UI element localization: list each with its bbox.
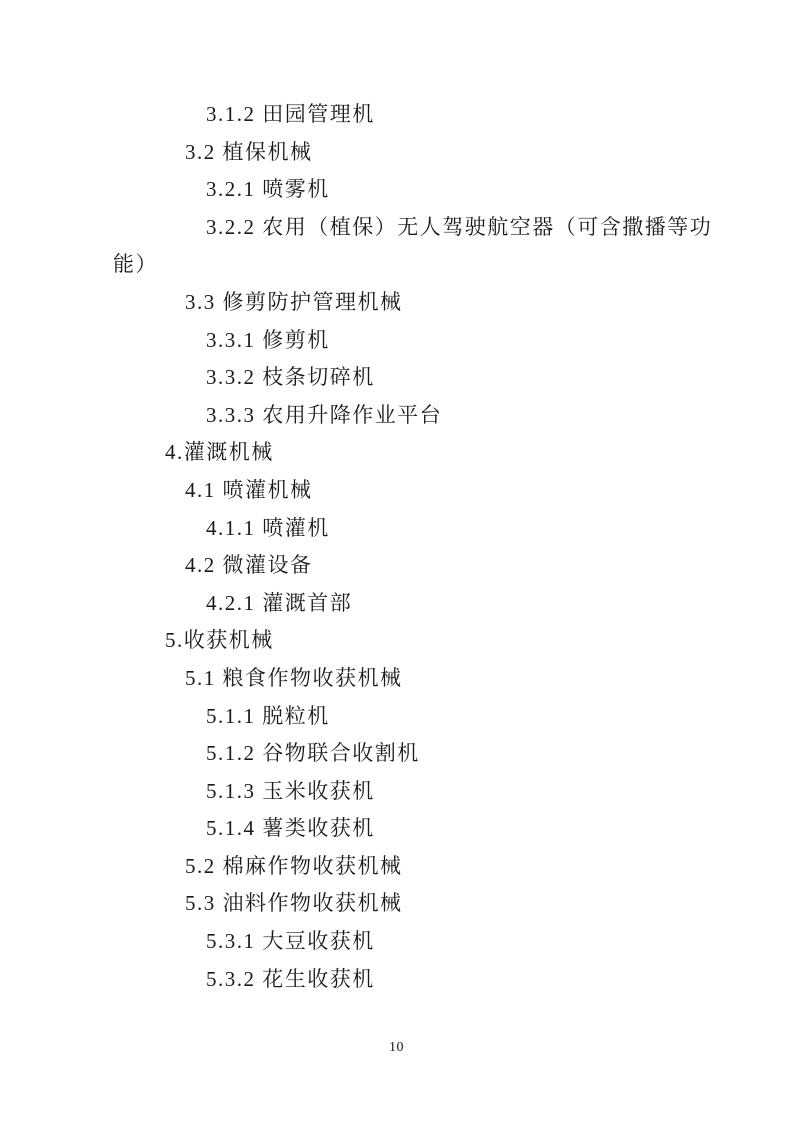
- document-line: 5.2 棉麻作物收获机械: [113, 848, 683, 886]
- document-line: 5.1.3 玉米收获机: [113, 773, 683, 811]
- document-line: 5.1 粮食作物收获机械: [113, 660, 683, 698]
- document-line: 4.2.1 灌溉首部: [113, 585, 683, 623]
- document-line: 5.收获机械: [113, 622, 683, 660]
- document-line: 5.1.1 脱粒机: [113, 698, 683, 736]
- document-line: 3.3.2 枝条切碎机: [113, 359, 683, 397]
- document-line: 能）: [113, 246, 683, 284]
- document-line: 4.1 喷灌机械: [113, 472, 683, 510]
- document-line: 5.3.1 大豆收获机: [113, 923, 683, 961]
- document-line: 3.3 修剪防护管理机械: [113, 284, 683, 322]
- document-line: 5.3.2 花生收获机: [113, 961, 683, 999]
- document-line: 3.2.1 喷雾机: [113, 171, 683, 209]
- document-line: 5.3 油料作物收获机械: [113, 885, 683, 923]
- document-line: 3.2 植保机械: [113, 134, 683, 172]
- document-line: 3.2.2 农用（植保）无人驾驶航空器（可含撒播等功: [113, 209, 683, 247]
- document-line: 4.1.1 喷灌机: [113, 510, 683, 548]
- page-number: 10: [0, 1040, 793, 1056]
- document-body: 3.1.2 田园管理机3.2 植保机械3.2.1 喷雾机3.2.2 农用（植保）…: [113, 96, 683, 998]
- document-page: 3.1.2 田园管理机3.2 植保机械3.2.1 喷雾机3.2.2 农用（植保）…: [0, 0, 793, 1122]
- document-line: 4.灌溉机械: [113, 434, 683, 472]
- document-line: 3.3.1 修剪机: [113, 322, 683, 360]
- document-line: 4.2 微灌设备: [113, 547, 683, 585]
- document-line: 3.1.2 田园管理机: [113, 96, 683, 134]
- document-line: 5.1.4 薯类收获机: [113, 810, 683, 848]
- document-line: 5.1.2 谷物联合收割机: [113, 735, 683, 773]
- document-line: 3.3.3 农用升降作业平台: [113, 397, 683, 435]
